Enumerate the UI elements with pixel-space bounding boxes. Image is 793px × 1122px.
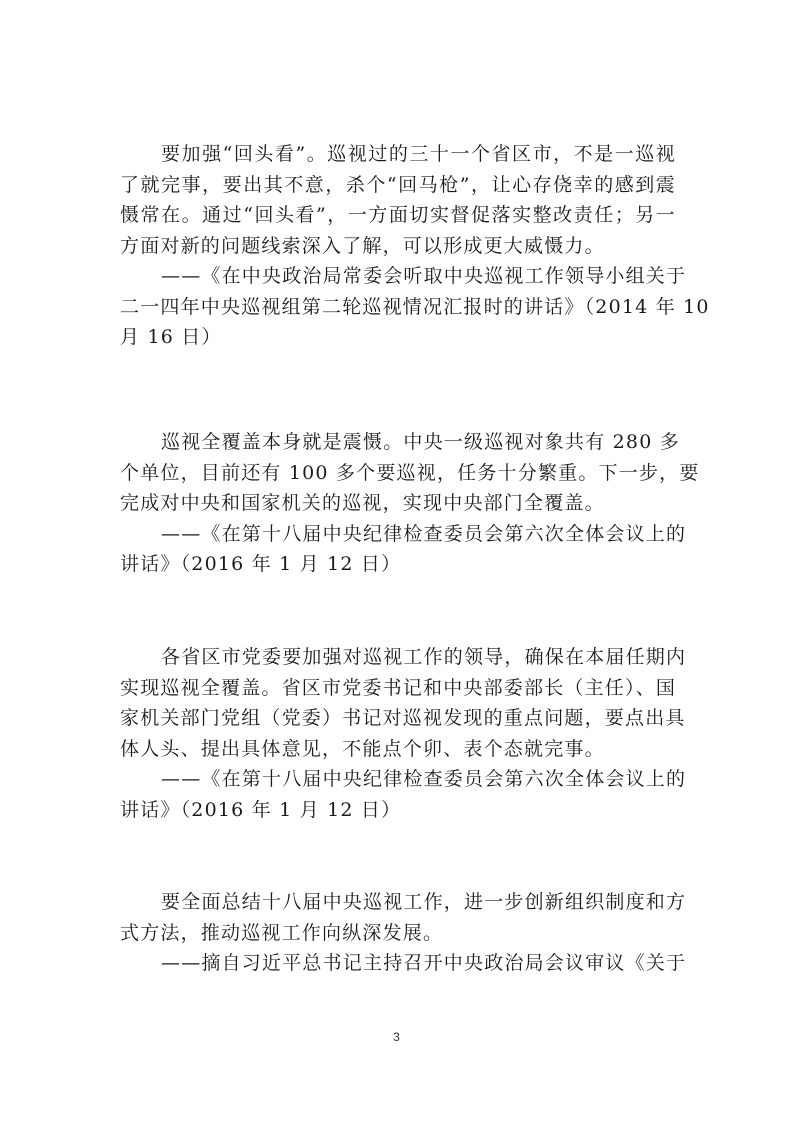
source-line: 讲话》（2016 年 1 月 12 日） <box>120 795 676 826</box>
body-line: 体人头、提出具体意见，不能点个卯、表个态就完事。 <box>120 734 676 765</box>
source-line: ——摘自习近平总书记主持召开中央政治局会议审议《关于 <box>120 948 676 979</box>
source-line: 讲话》（2016 年 1 月 12 日） <box>120 549 676 580</box>
document-page: 要加强“回头看”。巡视过的三十一个省区市，不是一巡视 了就完事，要出其不意，杀个… <box>0 0 793 1122</box>
section-3: 各省区市党委要加强对巡视工作的领导，确保在本届任期内 实现巡视全覆盖。省区市党委… <box>120 642 676 825</box>
body-line: 各省区市党委要加强对巡视工作的领导，确保在本届任期内 <box>120 642 676 673</box>
source-line: ——《在中央政治局常委会听取中央巡视工作领导小组关于 <box>120 261 676 292</box>
body-line: 个单位，目前还有 100 多个要巡视，任务十分繁重。下一步，要 <box>120 458 676 489</box>
body-line: 要加强“回头看”。巡视过的三十一个省区市，不是一巡视 <box>120 139 676 170</box>
section-1: 要加强“回头看”。巡视过的三十一个省区市，不是一巡视 了就完事，要出其不意，杀个… <box>120 139 676 353</box>
source-line: 二一四年中央巡视组第二轮巡视情况汇报时的讲话》（2014 年 10 <box>120 292 676 323</box>
body-line: 了就完事，要出其不意，杀个“回马枪”，让心存侥幸的感到震 <box>120 170 676 201</box>
body-line: 式方法，推动巡视工作向纵深发展。 <box>120 918 676 949</box>
source-line: 月 16 日） <box>120 322 676 353</box>
section-4: 要全面总结十八届中央巡视工作，进一步创新组织制度和方 式方法，推动巡视工作向纵深… <box>120 887 676 979</box>
body-line: 要全面总结十八届中央巡视工作，进一步创新组织制度和方 <box>120 887 676 918</box>
body-line: 方面对新的问题线索深入了解，可以形成更大威慑力。 <box>120 231 676 262</box>
body-line: 家机关部门党组（党委）书记对巡视发现的重点问题，要点出具 <box>120 703 676 734</box>
source-line: ——《在第十八届中央纪律检查委员会第六次全体会议上的 <box>120 764 676 795</box>
section-2: 巡视全覆盖本身就是震慑。中央一级巡视对象共有 280 多 个单位，目前还有 10… <box>120 427 676 580</box>
body-line: 巡视全覆盖本身就是震慑。中央一级巡视对象共有 280 多 <box>120 427 676 458</box>
page-number: 3 <box>0 1030 793 1044</box>
body-line: 实现巡视全覆盖。省区市党委书记和中央部委部长（主任）、国 <box>120 673 676 704</box>
source-line: ——《在第十八届中央纪律检查委员会第六次全体会议上的 <box>120 519 676 550</box>
body-line: 完成对中央和国家机关的巡视，实现中央部门全覆盖。 <box>120 488 676 519</box>
body-line: 慑常在。通过“回头看”，一方面切实督促落实整改责任；另一 <box>120 200 676 231</box>
